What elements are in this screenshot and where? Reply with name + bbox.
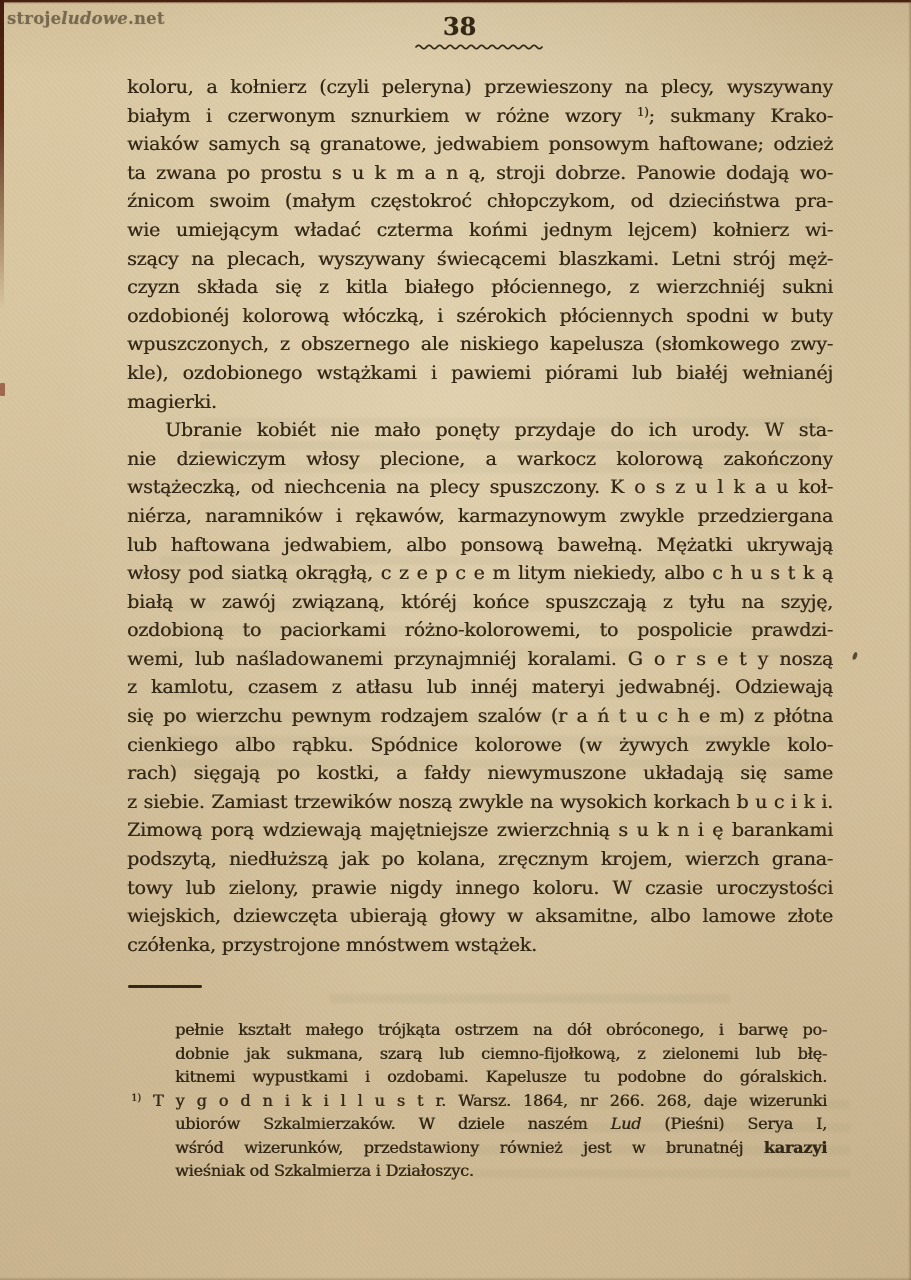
text-line: Ubranie kobiét nie mało ponęty przydaje …: [127, 416, 833, 445]
text-line: nie dziewiczym włosy plecione, a warkocz…: [127, 445, 833, 474]
scan-edge-top: [0, 0, 911, 2]
text-line: rach) sięgają po kostki, a fałdy niewymu…: [127, 759, 833, 788]
footnote-line: pełnie kształt małego trójkąta ostrzem n…: [175, 1018, 827, 1042]
footnote-line: wieśniak od Szkalmierza i Działoszyc.: [175, 1159, 827, 1183]
text-line: kle), ozdobionego wstążkami i pawiemi pi…: [127, 359, 833, 388]
text-line: czyzn składa się z kitla białego płócien…: [127, 273, 833, 302]
text-line: wemi, lub naśladowanemi przynajmniéj kor…: [127, 645, 833, 674]
text-line: białym i czerwonym sznurkiem w różne wzo…: [127, 102, 833, 131]
scanned-book-page: strojeludowe.net 38 koloru, a kołnierz (…: [0, 0, 911, 1280]
text-line: wpuszczonych, z obszernego ale niskiego …: [127, 330, 833, 359]
body-text: koloru, a kołnierz (czyli peleryna) prze…: [127, 73, 833, 959]
text-line: szący na plecach, wyszywany świecącemi b…: [127, 245, 833, 274]
text-line: wie umiejącym władać czterma końmi jedny…: [127, 216, 833, 245]
footnote-line: 1) T y g o d n i k i l l u s t r. Warsz.…: [131, 1089, 827, 1113]
text-line: czółenka, przystrojone mnóstwem wstążek.: [127, 931, 833, 960]
ink-speck: [852, 652, 858, 661]
footnote-line: kitnemi wypustkami i ozdobami. Kapelusze…: [175, 1065, 827, 1089]
text-line: włosy pod siatką okrągłą, c z e p c e m …: [127, 559, 833, 588]
scan-edge-left: [0, 0, 4, 310]
text-line: towy lub zielony, prawie nigdy innego ko…: [127, 874, 833, 903]
text-line: z siebie. Zamiast trzewików noszą zwykle…: [127, 788, 833, 817]
red-ink-mark: [0, 383, 5, 396]
text-line: ozdobioną to paciorkami różno-kolorowemi…: [127, 616, 833, 645]
text-line: cienkiego albo rąbku. Spódnice kolorowe …: [127, 731, 833, 760]
footnote-text: pełnie kształt małego trójkąta ostrzem n…: [175, 1018, 827, 1183]
text-line: wstążeczką, od niechcenia na plecy spusz…: [127, 473, 833, 502]
text-line: ta zwana po prostu s u k m a n ą, stroji…: [127, 159, 833, 188]
footnote-separator: [128, 985, 202, 988]
text-line: z kamlotu, czasem z atłasu lub innéj mat…: [127, 673, 833, 702]
page-show-through: [330, 994, 730, 1016]
text-line: źnicom swoim (małym częstokroć chłopczyk…: [127, 187, 833, 216]
text-line: podszytą, niedłuższą jak po kolana, zręc…: [127, 845, 833, 874]
text-line: lub haftowana jedwabiem, albo ponsową ba…: [127, 531, 833, 560]
text-line: się po wierzchu pewnym rodzajem szalów (…: [127, 702, 833, 731]
text-line: wiejskich, dziewczęta ubierają głowy w a…: [127, 902, 833, 931]
page-number: 38: [4, 12, 911, 41]
footnote-line: ubiorów Szkalmierzaków. W dziele naszém …: [175, 1112, 827, 1136]
text-line: koloru, a kołnierz (czyli peleryna) prze…: [127, 73, 833, 102]
footnote-line: wśród wizerunków, przedstawiony również …: [175, 1136, 827, 1160]
text-line: białą w zawój związaną, któréj końce spu…: [127, 588, 833, 617]
text-line: Zimową porą wdziewają majętniejsze zwier…: [127, 816, 833, 845]
text-line: magierki.: [127, 388, 833, 417]
text-line: ozdobionéj kolorową włóczką, i szérokich…: [127, 302, 833, 331]
text-line: niérza, naramników i rękawów, karmazynow…: [127, 502, 833, 531]
wavy-rule-icon: [415, 42, 543, 51]
text-line: wiaków samych są granatowe, jedwabiem po…: [127, 130, 833, 159]
footnote-line: dobnie jak sukmana, szarą lub ciemno-fij…: [175, 1042, 827, 1066]
